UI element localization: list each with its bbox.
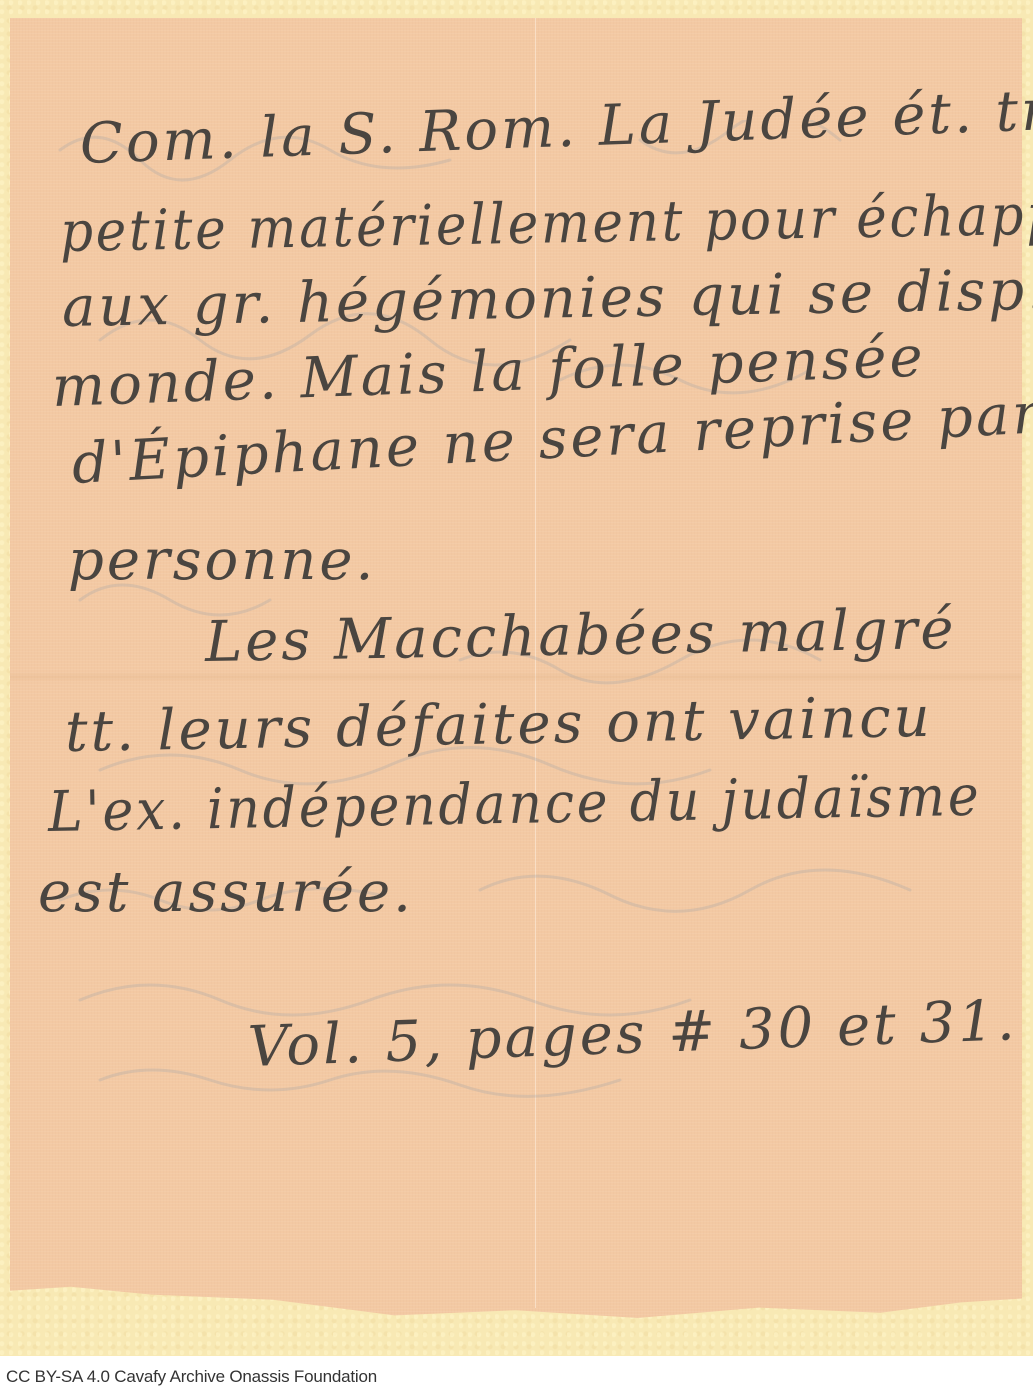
- copyright-credit: CC BY-SA 4.0 Cavafy Archive Onassis Foun…: [6, 1367, 377, 1387]
- manuscript-line-10: est assurée.: [38, 860, 414, 925]
- line-text: personne.: [68, 528, 376, 593]
- manuscript-line-6: personne.: [68, 528, 376, 593]
- horizontal-fold-crease: [10, 672, 1022, 682]
- line-text: Les Macchabées malgré: [204, 597, 957, 675]
- manuscript-line-7: Les Macchabées malgré: [204, 597, 957, 675]
- line-text: est assurée.: [38, 860, 414, 925]
